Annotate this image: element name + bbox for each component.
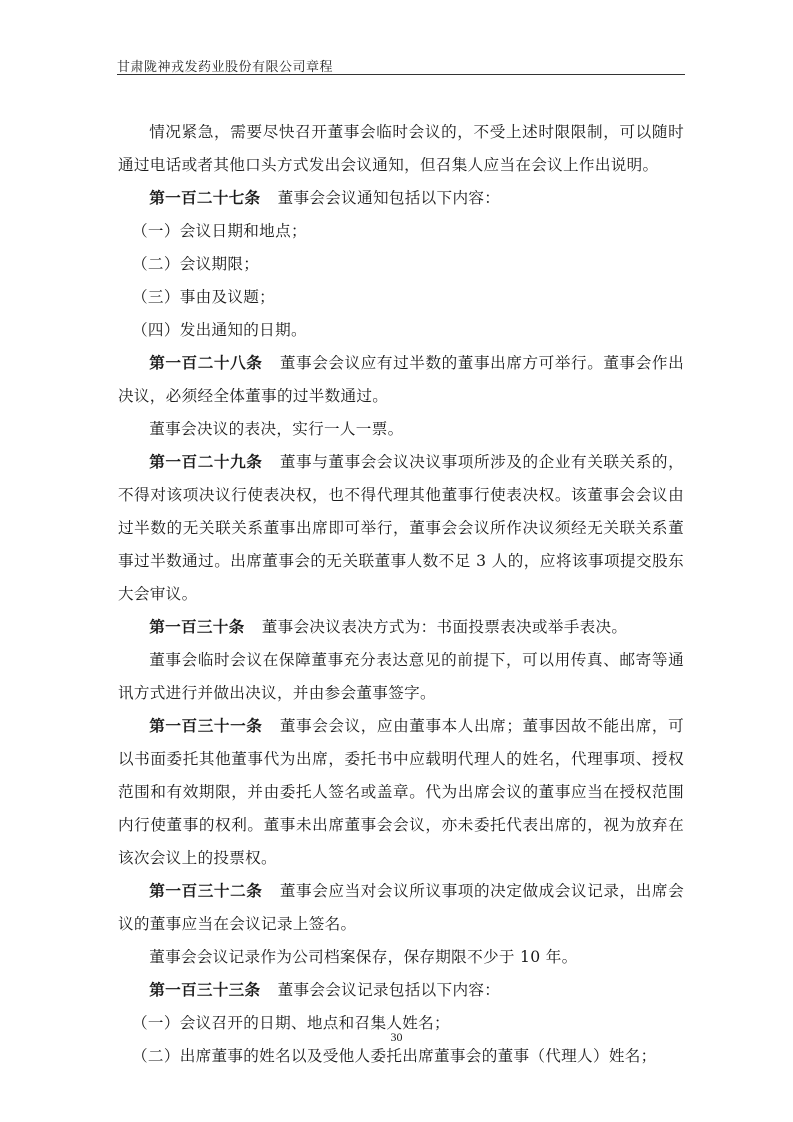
page-number: 30 [0,1030,793,1045]
paragraph: 董事会会议记录作为公司档案保存，保存期限不少于 10 年。 [118,941,684,974]
article-text: 董事会会议通知包括以下内容： [278,189,501,207]
article-text: 董事会会议记录包括以下内容： [278,981,501,999]
article-number: 第一百二十七条 [149,189,260,207]
article-text: 董事会决议表决方式为：书面投票表决或举手表决。 [262,618,628,636]
article-number: 第一百三十条 [149,618,244,636]
article-text: 董事与董事会会议决议事项所涉及的企业有关联关系的，不得对该项决议行使表决权，也不… [118,453,684,603]
paragraph: 董事会决议的表决，实行一人一票。 [118,413,684,446]
paragraph: 董事会临时会议在保障董事充分表达意见的前提下，可以用传真、邮寄等通讯方式进行并做… [118,644,684,710]
article-132: 第一百三十二条董事会应当对会议所议事项的决定做成会议记录，出席会议的董事应当在会… [118,875,684,941]
article-text: 董事会会议，应由董事本人出席；董事因故不能出席，可以书面委托其他董事代为出席，委… [118,717,684,867]
article-number: 第一百三十三条 [149,981,260,999]
article-133: 第一百三十三条董事会会议记录包括以下内容： [118,974,684,1007]
article-130: 第一百三十条董事会决议表决方式为：书面投票表决或举手表决。 [118,611,684,644]
paragraph: 情况紧急，需要尽快召开董事会临时会议的，不受上述时限限制，可以随时通过电话或者其… [118,116,684,182]
article-number: 第一百二十八条 [149,354,262,372]
article-number: 第一百三十一条 [149,717,262,735]
article-129: 第一百二十九条董事与董事会会议决议事项所涉及的企业有关联关系的，不得对该项决议行… [118,446,684,611]
article-127: 第一百二十七条董事会会议通知包括以下内容： [118,182,684,215]
article-number: 第一百三十二条 [149,882,262,900]
article-131: 第一百三十一条董事会会议，应由董事本人出席；董事因故不能出席，可以书面委托其他董… [118,710,684,875]
article-number: 第一百二十九条 [149,453,262,471]
paragraph-text: 情况紧急，需要尽快召开董事会临时会议的，不受上述时限限制，可以随时通过电话或者其… [118,123,684,174]
list-item: （一）会议日期和地点； [118,215,684,248]
list-item: （三）事由及议题； [118,281,684,314]
article-128: 第一百二十八条董事会会议应有过半数的董事出席方可举行。董事会作出决议，必须经全体… [118,347,684,413]
document-header-title: 甘肃陇神戎发药业股份有限公司章程 [117,56,685,76]
list-item: （四）发出通知的日期。 [118,314,684,347]
list-item: （二）会议期限； [118,248,684,281]
document-body: 情况紧急，需要尽快召开董事会临时会议的，不受上述时限限制，可以随时通过电话或者其… [118,116,684,1073]
header-divider [117,74,685,75]
